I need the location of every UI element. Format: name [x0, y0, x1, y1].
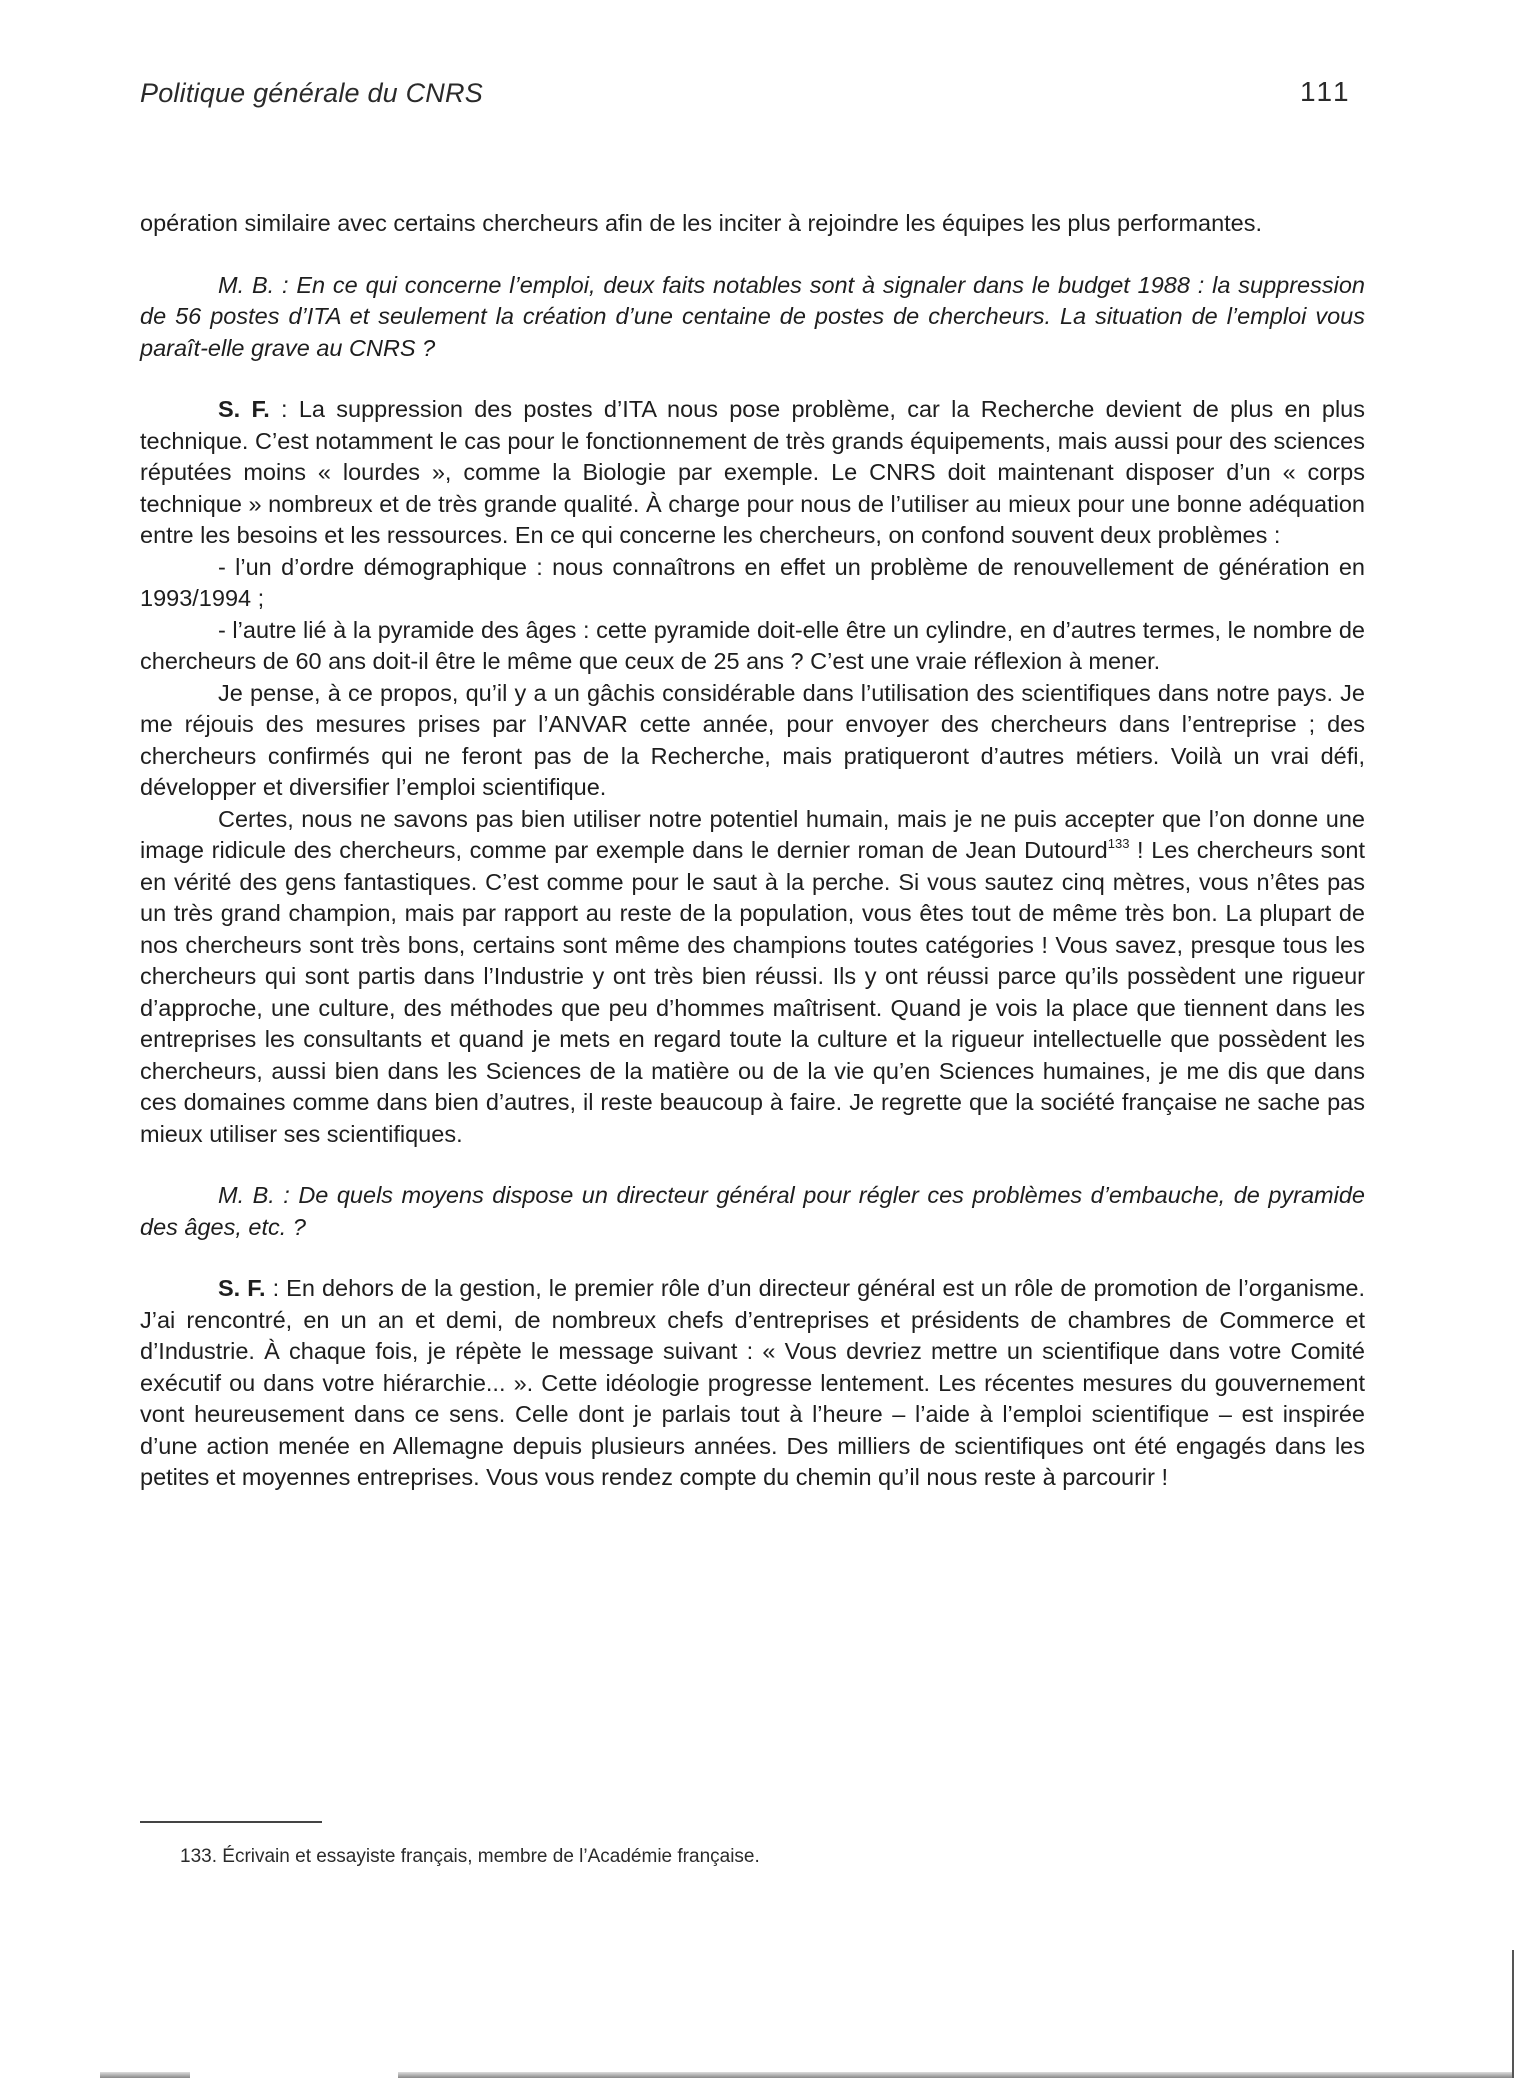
paragraph-continuation: opération similaire avec certains cherch… [140, 208, 1365, 240]
answer-paragraph: S. F. : En dehors de la gestion, le prem… [140, 1273, 1365, 1494]
question-text: De quels moyens dispose un directeur gén… [140, 1182, 1365, 1240]
footnote-reference[interactable]: 133 [1108, 836, 1130, 851]
speaker-label: M. B. : [218, 1182, 290, 1208]
speaker-label: S. F. [218, 396, 270, 422]
paragraph-text: ! Les chercheurs sont en vérité des gens… [140, 837, 1365, 1147]
speaker-label: S. F. [218, 1275, 266, 1301]
page-number: 111 [1300, 76, 1352, 108]
answer-paragraph: S. F. : La suppression des postes d’ITA … [140, 394, 1365, 552]
question-paragraph: M. B. : En ce qui concerne l’emploi, deu… [140, 270, 1365, 365]
footnote: 133. Écrivain et essayiste français, mem… [180, 1846, 760, 1868]
question-text: En ce qui concerne l’emploi, deux faits … [140, 272, 1365, 361]
question-paragraph: M. B. : De quels moyens dispose un direc… [140, 1180, 1365, 1243]
speaker-label: M. B. : [218, 272, 289, 298]
footnote-divider [140, 1821, 322, 1823]
list-item: - l’un d’ordre démographique : nous conn… [140, 552, 1365, 615]
scan-edge-shadow [398, 2072, 1512, 2078]
footnote-number: 133. [180, 1846, 217, 1867]
list-item: - l’autre lié à la pyramide des âges : c… [140, 615, 1365, 678]
body-text: opération similaire avec certains cherch… [140, 208, 1365, 1494]
running-header-title: Politique générale du CNRS [140, 78, 483, 109]
answer-text: : La suppression des postes d’ITA nous p… [140, 396, 1365, 548]
scan-edge-shadow [100, 2072, 190, 2078]
body-paragraph: Je pense, à ce propos, qu’il y a un gâch… [140, 678, 1365, 804]
body-paragraph: Certes, nous ne savons pas bien utiliser… [140, 804, 1365, 1151]
answer-text: : En dehors de la gestion, le premier rô… [140, 1275, 1365, 1490]
footnote-text: Écrivain et essayiste français, membre d… [222, 1846, 760, 1867]
